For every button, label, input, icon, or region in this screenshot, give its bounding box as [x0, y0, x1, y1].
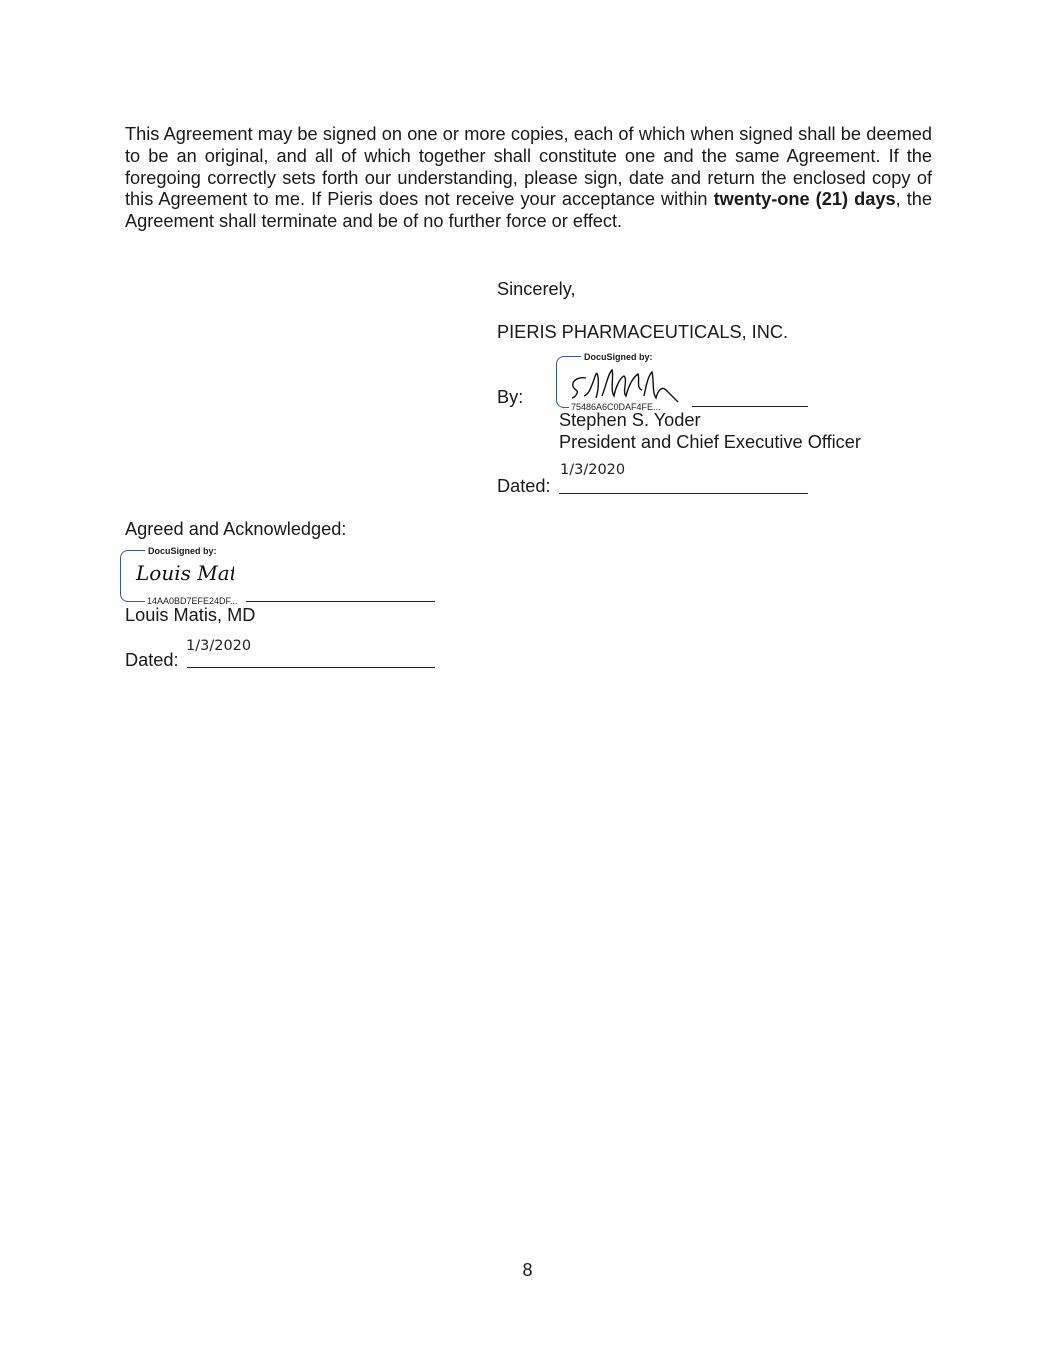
handwritten-signature-matis: Louis Matis [134, 558, 234, 588]
date-line-company [559, 493, 808, 494]
acknowledgement-heading: Agreed and Acknowledged: [125, 518, 346, 540]
closing-text: Sincerely, [497, 278, 576, 300]
docusign-label: DocuSigned by: [582, 352, 655, 362]
date-line-acknowledgement [187, 667, 435, 668]
signer-title: President and Chief Executive Officer [559, 431, 861, 453]
acknowledger-name: Louis Matis, MD [125, 604, 255, 626]
signature-line-company [692, 406, 808, 407]
signature-line-acknowledgement [246, 601, 435, 602]
dated-label-company: Dated: [497, 475, 551, 497]
dated-value-company: 1/3/2020 [560, 462, 625, 478]
dated-value-acknowledgement: 1/3/2020 [186, 638, 251, 654]
page-number: 8 [0, 1260, 1055, 1281]
signer-name: Stephen S. Yoder [559, 409, 701, 431]
docusign-label: DocuSigned by: [146, 546, 219, 556]
paragraph-bold-term: twenty-one (21) days [714, 189, 896, 209]
by-label: By: [497, 386, 523, 408]
agreement-paragraph: This Agreement may be signed on one or m… [125, 124, 932, 233]
svg-text:Louis Matis: Louis Matis [135, 561, 234, 585]
company-name: PIERIS PHARMACEUTICALS, INC. [497, 321, 788, 343]
handwritten-signature-yoder [566, 366, 681, 406]
dated-label-acknowledgement: Dated: [125, 649, 179, 671]
